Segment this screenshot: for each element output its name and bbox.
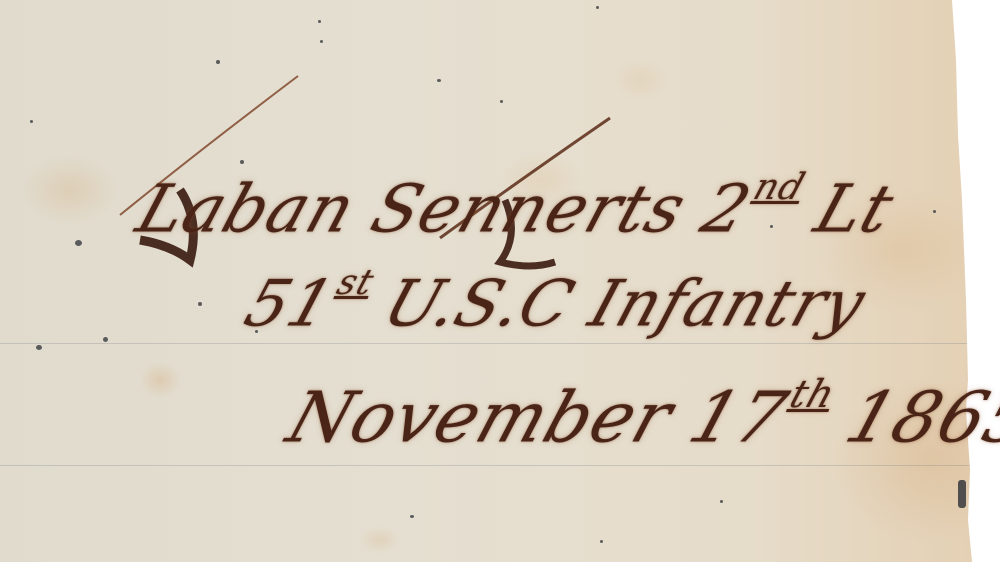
rank-abbrev: Lt [806,171,903,248]
unit-name: U.S.C Infantry [375,268,875,342]
date-year: 1865 [836,377,1000,459]
officer-name: Laban Sennerts [128,171,696,248]
date-day: 17 [680,377,798,459]
handwritten-text: Laban Sennerts 2nd Lt 51st U.S.C Infantr… [0,0,1000,562]
handwriting-line-name-rank: Laban Sennerts 2nd Lt [128,165,905,248]
document-photo: Laban Sennerts 2nd Lt 51st U.S.C Infantr… [0,0,1000,562]
rank-number: 2 [693,171,761,248]
date-month: November [278,377,683,459]
regiment-number: 51 [236,268,343,342]
handwriting-line-regiment: 51st U.S.C Infantry [236,262,877,342]
handwriting-line-date: November 17th 1865 [278,372,1000,459]
